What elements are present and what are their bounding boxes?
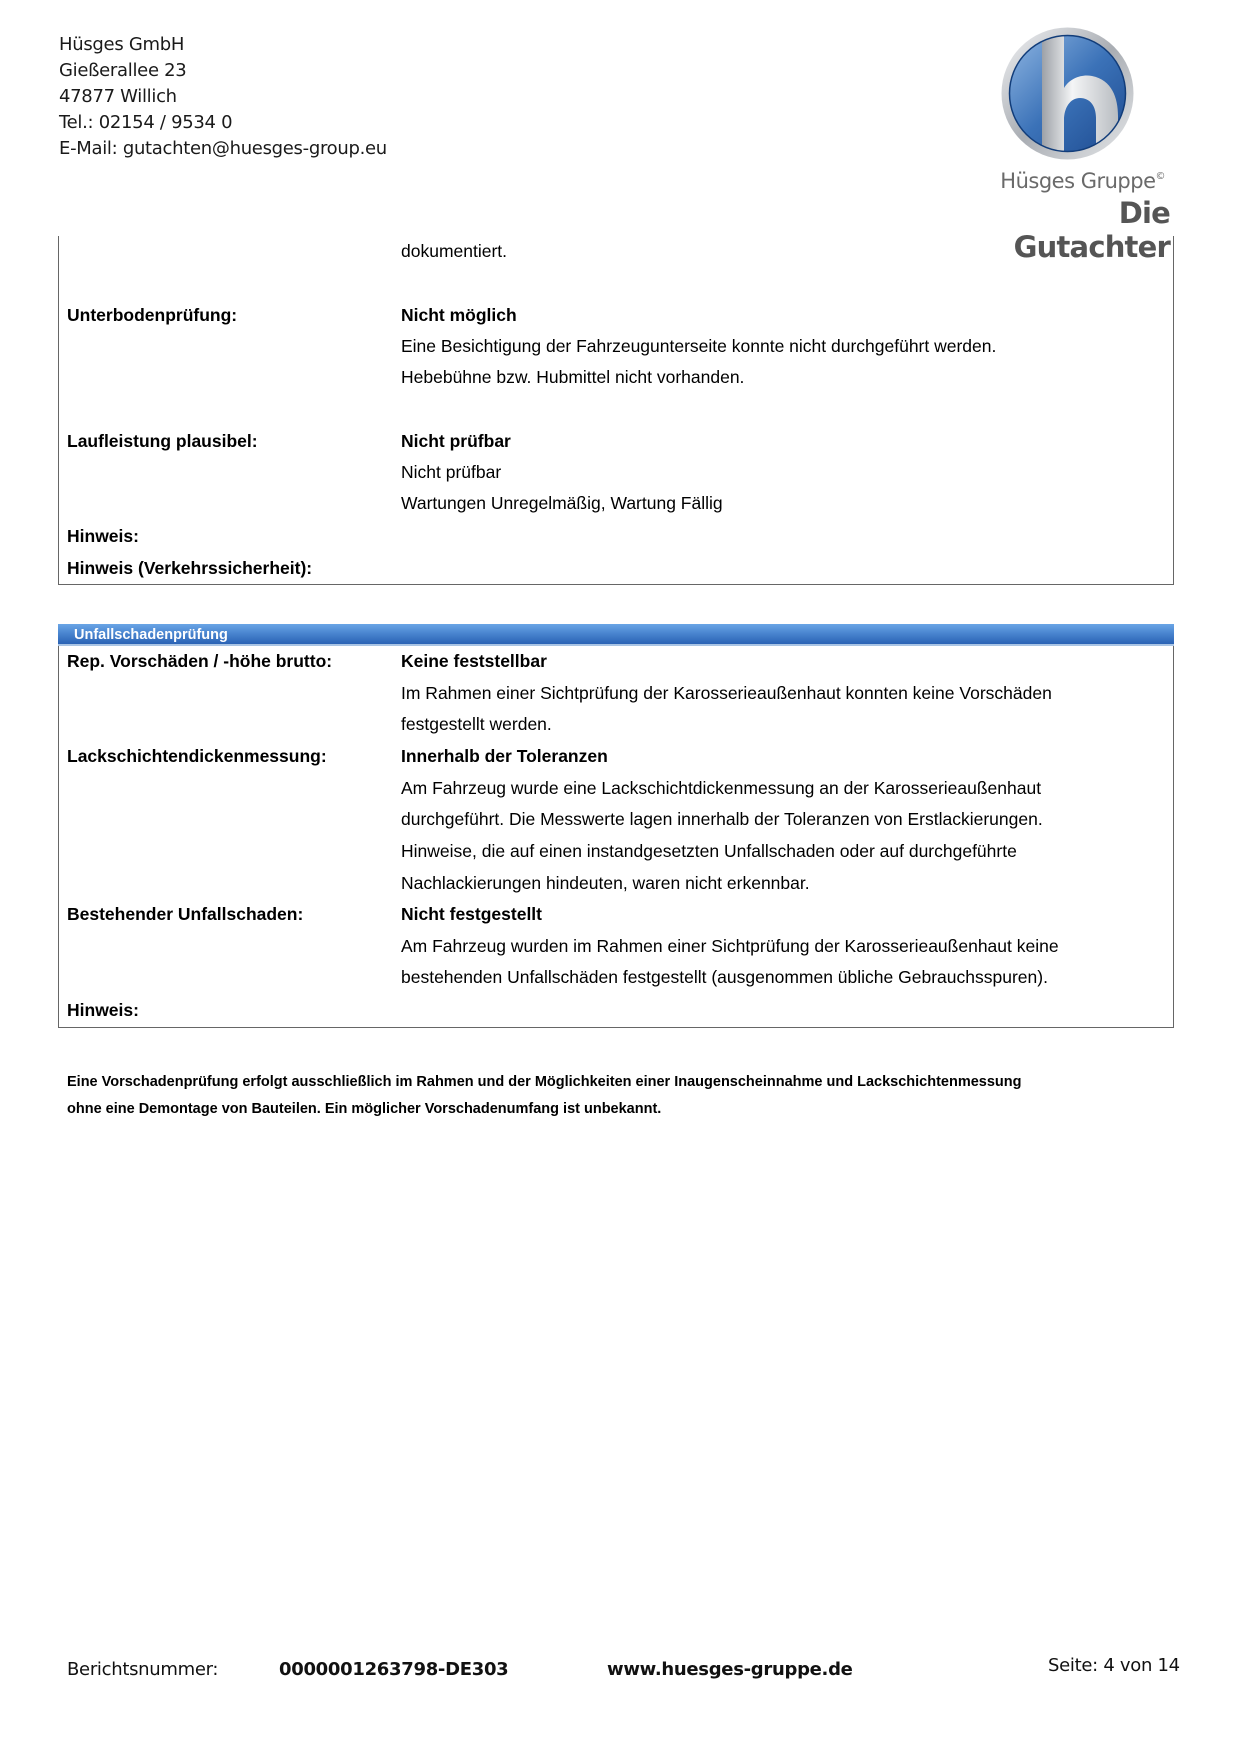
company-address: Hüsges GmbH Gießerallee 23 47877 Willich… xyxy=(59,32,387,162)
page-indicator: Seite: 4 von 14 xyxy=(1048,1655,1180,1676)
h-circle-logo-icon xyxy=(1000,26,1135,161)
detail-text: Wartungen Unregelmäßig, Wartung Fällig xyxy=(401,487,723,519)
report-number: 0000001263798-DE303 xyxy=(279,1659,508,1680)
company-logo: Hüsges Gruppe© Die Gutachter xyxy=(960,26,1180,236)
detail-text: Am Fahrzeug wurden im Rahmen einer Sicht… xyxy=(401,930,1059,962)
detail-text: Hinweise, die auf einen instandgesetzten… xyxy=(401,835,1017,867)
detail-text: Hebebühne bzw. Hubmittel nicht vorhanden… xyxy=(401,361,744,393)
company-name: Hüsges GmbH xyxy=(59,32,387,58)
section-header-unfallschadenpruefung: Unfallschadenprüfung xyxy=(58,624,1174,646)
label-hinweis-verkehrssicherheit: Hinweis (Verkehrssicherheit): xyxy=(67,552,312,584)
continued-text: dokumentiert. xyxy=(401,235,507,267)
detail-text: Eine Besichtigung der Fahrzeugunterseite… xyxy=(401,330,996,362)
label-unterbodenpruefung: Unterbodenprüfung: xyxy=(67,299,237,331)
section-title: Unfallschadenprüfung xyxy=(74,627,228,643)
website-link[interactable]: www.huesges-gruppe.de xyxy=(607,1659,853,1680)
company-email: E-Mail: gutachten@huesges-group.eu xyxy=(59,136,387,162)
detail-text: durchgeführt. Die Messwerte lagen innerh… xyxy=(401,803,1043,835)
label-hinweis: Hinweis: xyxy=(67,520,139,552)
value-laufleistung: Nicht prüfbar xyxy=(401,425,511,457)
label-bestehender-unfallschaden: Bestehender Unfallschaden: xyxy=(67,898,303,930)
detail-text: Nicht prüfbar xyxy=(401,456,501,488)
company-city: 47877 Willich xyxy=(59,84,387,110)
company-phone: Tel.: 02154 / 9534 0 xyxy=(59,110,387,136)
report-number-label: Berichtsnummer: xyxy=(67,1659,218,1680)
label-hinweis: Hinweis: xyxy=(67,994,139,1026)
label-laufleistung: Laufleistung plausibel: xyxy=(67,425,258,457)
disclaimer-line: ohne eine Demontage von Bauteilen. Ein m… xyxy=(67,1096,1177,1123)
disclaimer-note: Eine Vorschadenprüfung erfolgt ausschlie… xyxy=(67,1069,1177,1123)
detail-text: festgestellt werden. xyxy=(401,708,552,740)
logo-brand-line1: Hüsges Gruppe© xyxy=(960,169,1165,193)
detail-text: bestehenden Unfallschäden festgestellt (… xyxy=(401,961,1048,993)
value-rep-vorschaeden: Keine feststellbar xyxy=(401,645,547,677)
detail-text: Im Rahmen einer Sichtprüfung der Karosse… xyxy=(401,677,1052,709)
value-lackschichtendickenmessung: Innerhalb der Toleranzen xyxy=(401,740,608,772)
detail-text: Am Fahrzeug wurde eine Lackschichtdicken… xyxy=(401,772,1041,804)
label-lackschichtendickenmessung: Lackschichtendickenmessung: xyxy=(67,740,327,772)
label-rep-vorschaeden: Rep. Vorschäden / -höhe brutto: xyxy=(67,645,332,677)
disclaimer-line: Eine Vorschadenprüfung erfolgt ausschlie… xyxy=(67,1069,1177,1096)
value-bestehender-unfallschaden: Nicht festgestellt xyxy=(401,898,542,930)
inspection-table-continued xyxy=(58,236,1174,585)
company-street: Gießerallee 23 xyxy=(59,58,387,84)
detail-text: Nachlackierungen hindeuten, waren nicht … xyxy=(401,867,810,899)
value-unterbodenpruefung: Nicht möglich xyxy=(401,299,517,331)
